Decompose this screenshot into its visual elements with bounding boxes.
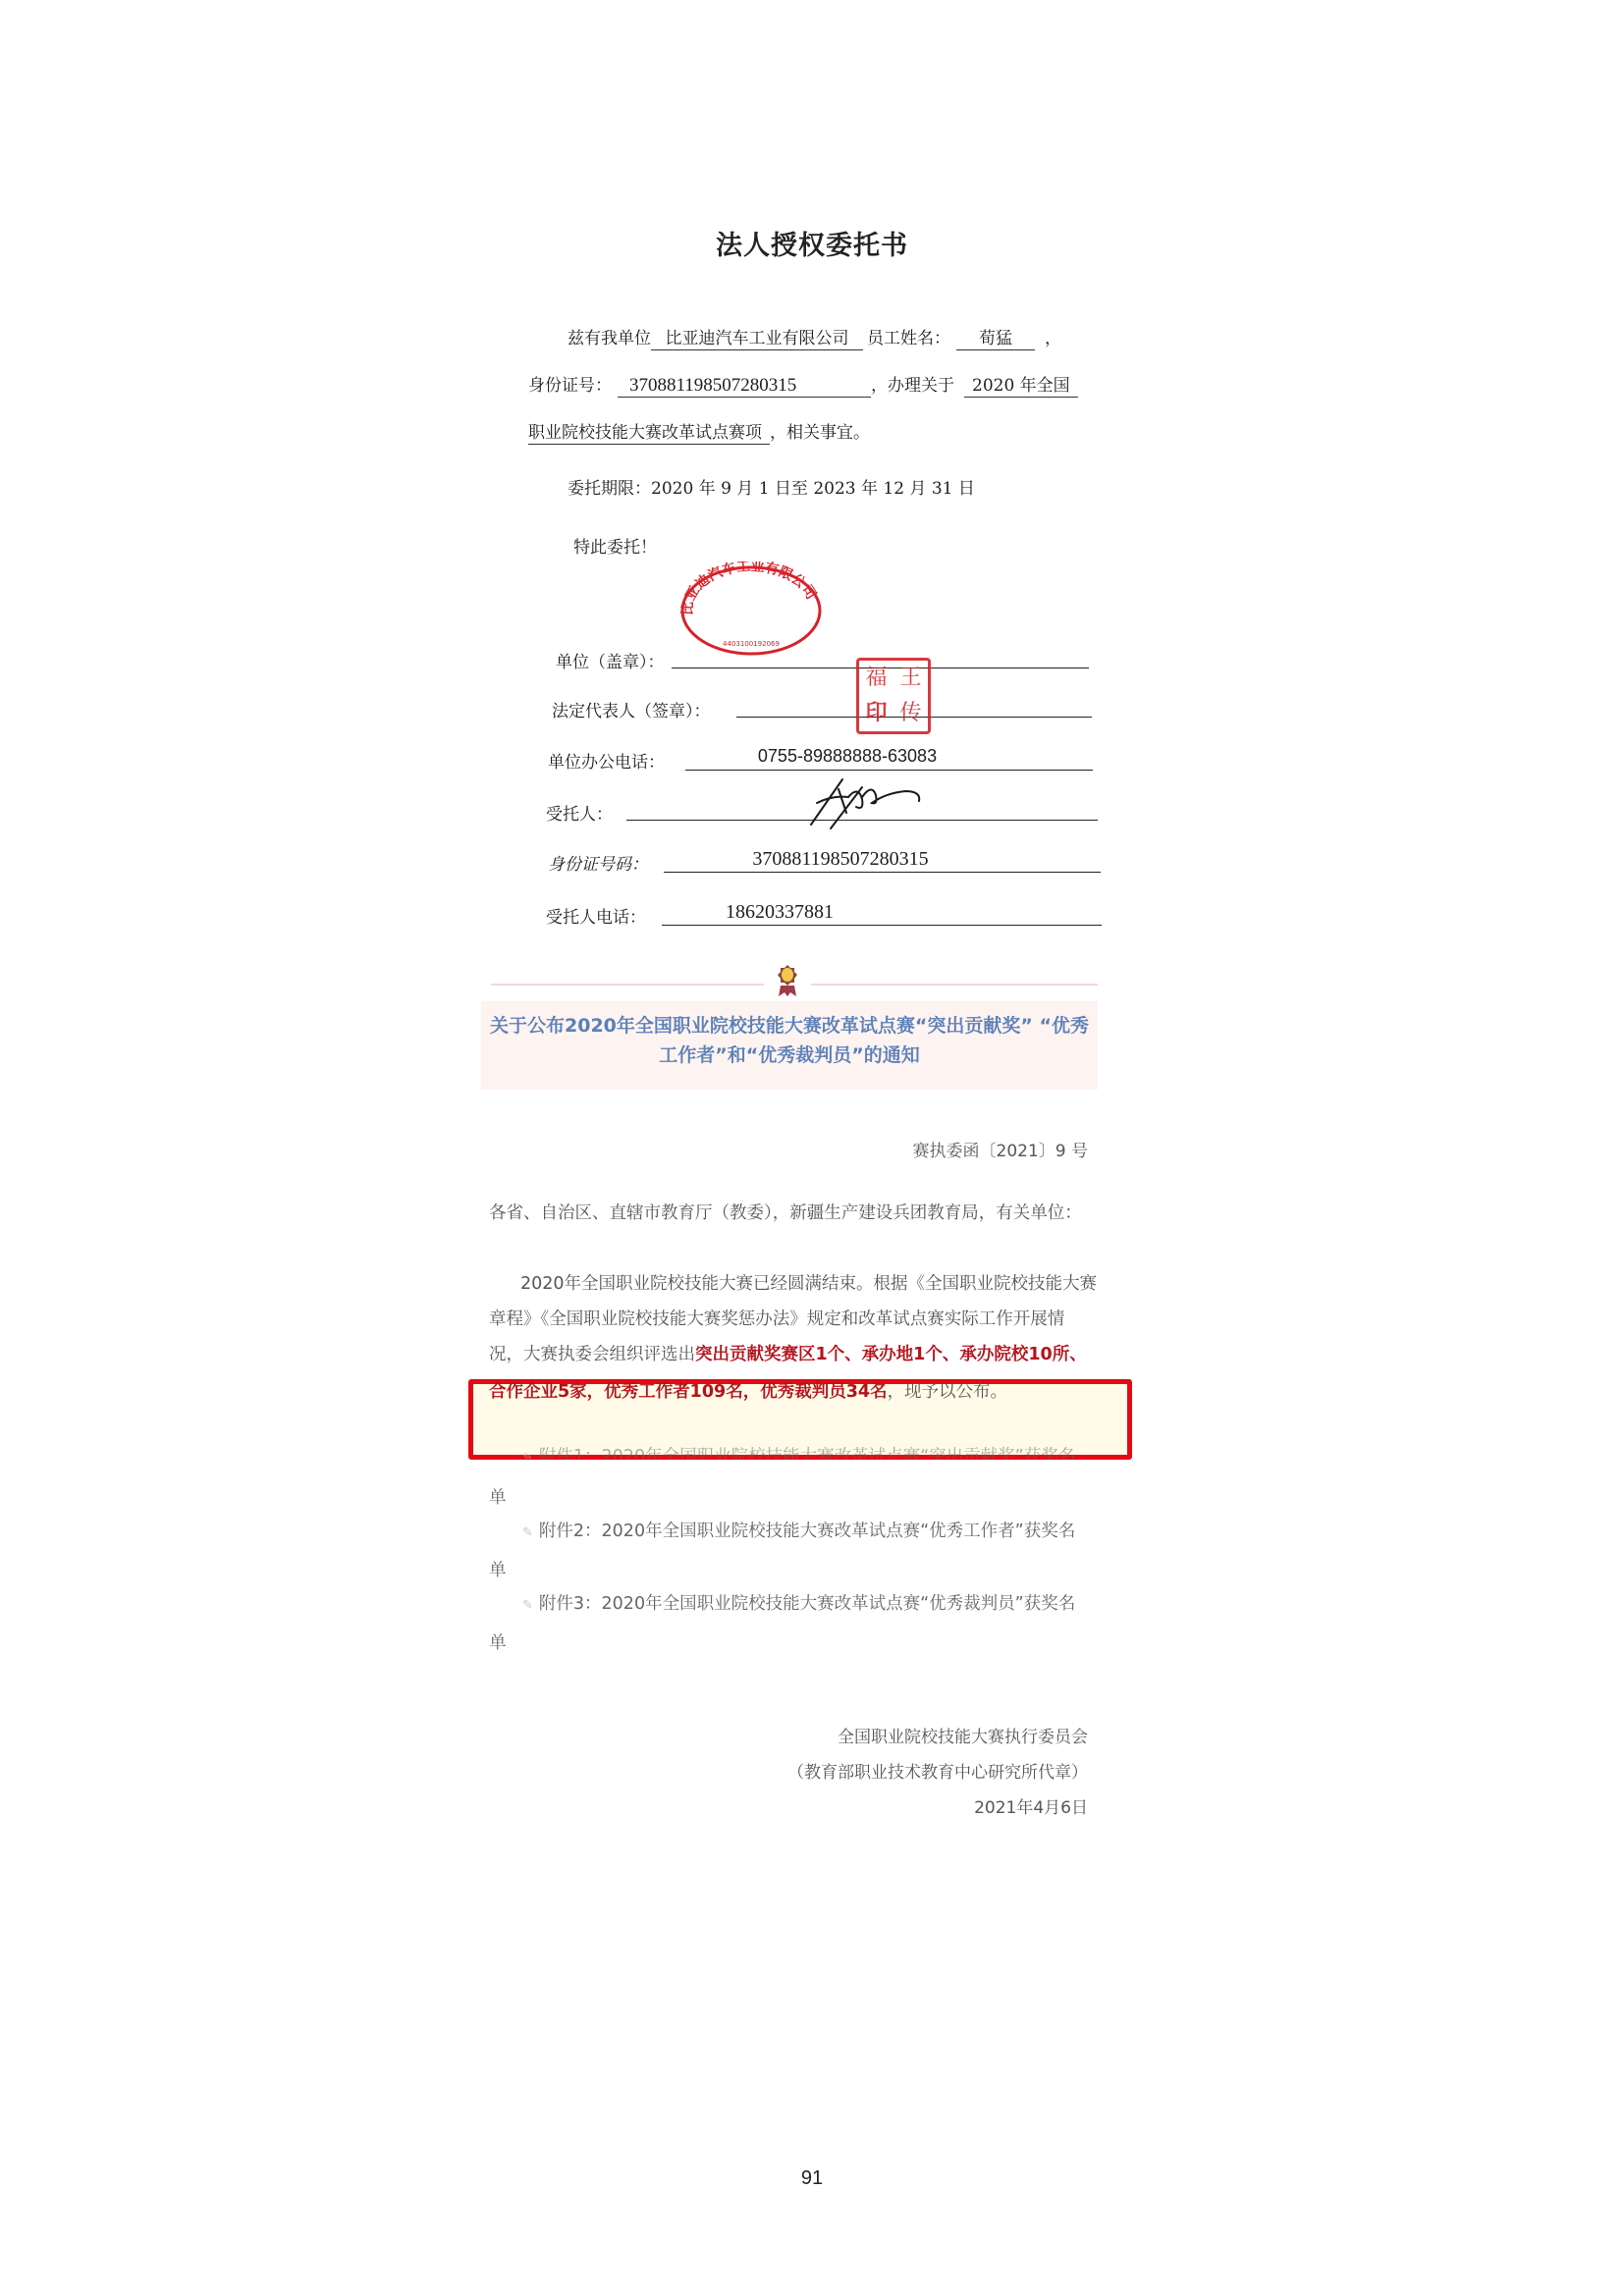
authorization-line-1: 兹有我单位比亚迪汽车工业有限公司员工姓名：荀猛， [568, 324, 1061, 350]
seal-char: 印 [859, 703, 893, 724]
body-line-3: 况，大赛执委会组织评选出突出贡献奖赛区1个、承办地1个、承办院校10所、 [489, 1337, 1087, 1372]
line1-suffix: ， [1045, 329, 1061, 348]
body-line-4-plain: ，现予以公布。 [888, 1382, 1008, 1402]
svg-text:4403100192069: 4403100192069 [723, 640, 780, 648]
body-line-3-plain: 况，大赛执委会组织评选出 [489, 1345, 695, 1364]
authorization-line-3: 职业院校技能大赛改革试点赛项，相关事宜。 [528, 418, 870, 445]
notice-heading: 关于公布2020年全国职业院校技能大赛改革试点赛“突出贡献奖” “优秀 工作者”… [481, 1001, 1098, 1090]
ribbon-line-right [811, 984, 1098, 986]
office-phone-label: 单位办公电话： [548, 748, 665, 773]
agent-phone-label: 受托人电话： [546, 903, 646, 928]
agent-field: 受托人： [546, 800, 613, 825]
body-line-1: 2020年全国职业院校技能大赛已经圆满结束。根据《全国职业院校技能大赛 [520, 1266, 1097, 1302]
authorization-period: 委托期限：2020 年 9 月 1 日至 2023 年 12 月 31 日 [568, 474, 975, 499]
svg-text:比亚迪汽车工业有限公司: 比亚迪汽车工业有限公司 [680, 561, 820, 615]
employee-label: 员工姓名： [867, 329, 950, 348]
notice-heading-line-1: 关于公布2020年全国职业院校技能大赛改革试点赛“突出贡献奖” “优秀 [481, 1011, 1098, 1041]
id-code-field: 身份证号码： 370881198507280315 [548, 850, 648, 875]
body-line-4: 合作企业5家，优秀工作者109名，优秀裁判员34名，现予以公布。 [489, 1374, 1007, 1410]
matter-part-2: 职业院校技能大赛改革试点赛项 [528, 422, 770, 445]
line1-prefix: 兹有我单位 [568, 329, 651, 348]
id-label: 身份证号： [528, 376, 612, 396]
seal-char: 福 [859, 667, 893, 689]
page-number: 91 [0, 2167, 1624, 2190]
attachment-2[interactable]: ✎附件2：2020年全国职业院校技能大赛改革试点赛“优秀工作者”获奖名 [522, 1518, 1075, 1542]
legal-rep-field: 法定代表人（签章）： [552, 697, 711, 721]
pencil-icon: ✎ [522, 1598, 533, 1613]
attachment-1-wrap: 单 [489, 1484, 507, 1509]
pencil-icon: ✎ [522, 1451, 533, 1459]
matter-part-1: 2020 年全国 [964, 375, 1078, 398]
seal-char: 传 [893, 703, 928, 724]
medal-icon [776, 964, 799, 997]
body-line-3-highlight: 突出贡献奖赛区1个、承办地1个、承办院校10所、 [695, 1345, 1087, 1364]
legal-rep-label: 法定代表人（签章）： [552, 697, 711, 721]
signature-block: 全国职业院校技能大赛执行委员会 （教育部职业技术教育中心研究所代章） 2021年… [787, 1720, 1088, 1826]
unit-seal-field: 单位（盖章）： [556, 648, 665, 672]
company-name: 比亚迪汽车工业有限公司 [651, 328, 863, 350]
attachment-2-text: 附件2：2020年全国职业院校技能大赛改革试点赛“优秀工作者”获奖名 [539, 1522, 1075, 1541]
attachment-1[interactable]: ✎附件1：2020年全国职业院校技能大赛改革试点赛“突出贡献奖”获奖名 [522, 1443, 1075, 1459]
notice-heading-line-2: 工作者”和“优秀裁判员”的通知 [481, 1041, 1098, 1070]
document-number: 赛执委函〔2021〕9 号 [913, 1137, 1088, 1161]
body-line-2: 章程》《全国职业院校技能大赛奖惩办法》规定和改革试点赛实际工作开展情 [489, 1302, 1064, 1337]
office-phone-value: 0755-89888888-63083 [685, 746, 1009, 767]
signature-org: 全国职业院校技能大赛执行委员会 [787, 1720, 1088, 1755]
personal-seal-icon: 福 王 印 传 [856, 658, 931, 734]
unit-seal-label: 单位（盖章）： [556, 648, 665, 672]
attachment-3-wrap: 单 [489, 1629, 507, 1654]
agent-label: 受托人： [546, 800, 613, 825]
attachment-1-text: 附件1：2020年全国职业院校技能大赛改革试点赛“突出贡献奖”获奖名 [539, 1447, 1075, 1459]
id-code-underline [664, 872, 1101, 873]
attachment-3[interactable]: ✎附件3：2020年全国职业院校技能大赛改革试点赛“优秀裁判员”获奖名 [522, 1590, 1075, 1615]
addressee: 各省、自治区、直辖市教育厅（教委），新疆生产建设兵团教育局，有关单位： [489, 1196, 1082, 1231]
pencil-icon: ✎ [522, 1525, 533, 1540]
handle-label: ，办理关于 [871, 376, 954, 396]
company-seal-icon: 比亚迪汽车工业有限公司 4403100192069 [677, 561, 825, 660]
id-number: 370881198507280315 [618, 375, 871, 398]
employee-name: 荀猛 [956, 328, 1035, 350]
line3-suffix: ，相关事宜。 [770, 423, 870, 443]
agent-phone-value: 18620337881 [662, 901, 897, 924]
attachment-2-wrap: 单 [489, 1557, 507, 1581]
document-title: 法人授权委托书 [0, 224, 1624, 262]
ribbon-line-left [491, 984, 764, 986]
agent-phone-field: 受托人电话： 18620337881 [546, 903, 646, 928]
signature-date: 2021年4月6日 [787, 1790, 1088, 1826]
office-phone-field: 单位办公电话： 0755-89888888-63083 [548, 748, 665, 773]
attachment-3-text: 附件3：2020年全国职业院校技能大赛改革试点赛“优秀裁判员”获奖名 [539, 1594, 1075, 1614]
seal-char: 王 [893, 667, 928, 689]
agent-phone-underline [662, 925, 1102, 926]
id-code-label: 身份证号码： [548, 850, 648, 875]
body-line-4-highlight: 合作企业5家，优秀工作者109名，优秀裁判员34名 [489, 1382, 888, 1402]
id-code-value: 370881198507280315 [664, 848, 1017, 871]
signature-seal-note: （教育部职业技术教育中心研究所代章） [787, 1755, 1088, 1790]
authorization-line-2: 身份证号：370881198507280315，办理关于2020 年全国 [528, 371, 1078, 398]
authorization-closing: 特此委托！ [573, 533, 657, 558]
signature-icon [803, 768, 931, 836]
